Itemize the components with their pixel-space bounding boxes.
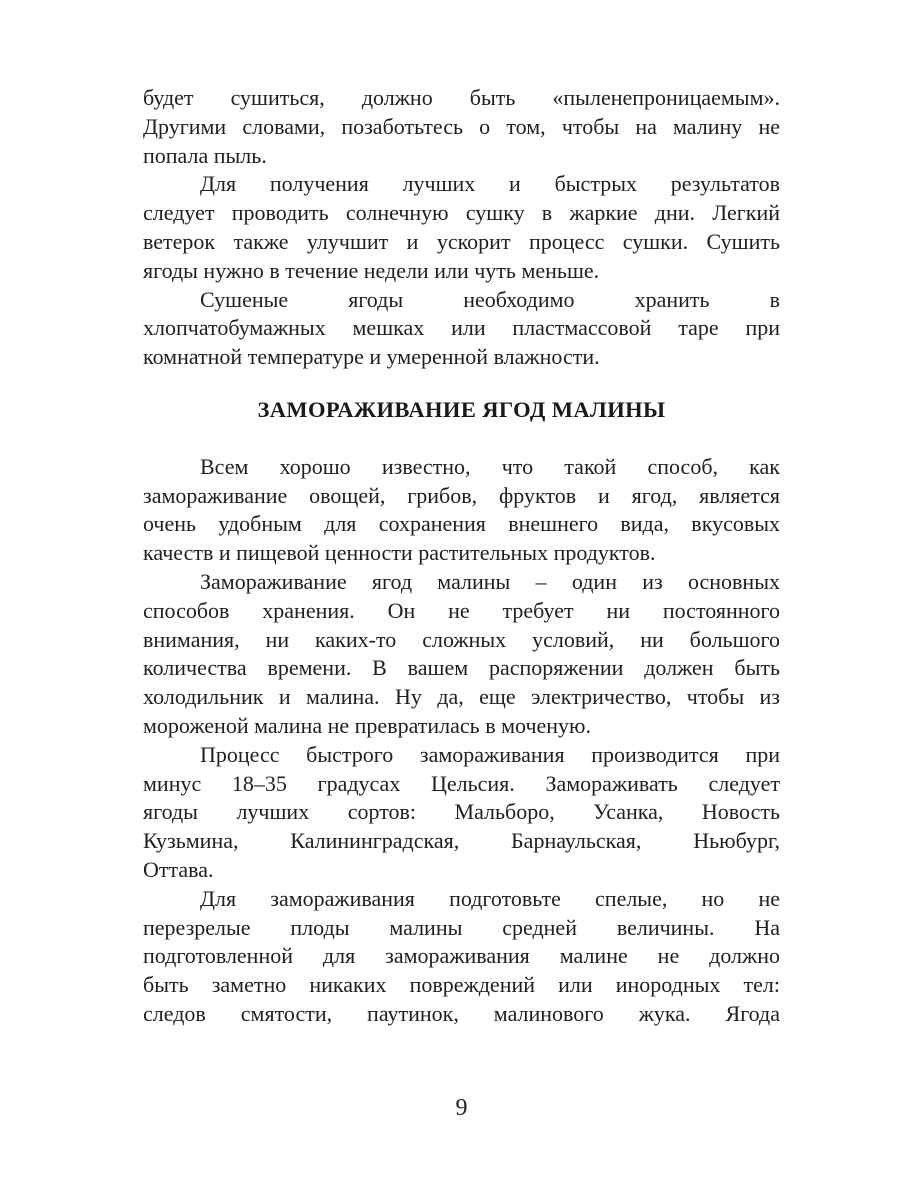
text-line: очень удобным для сохранения внешнего ви… (143, 510, 780, 539)
text-line: перезрелые плоды малины средней величины… (143, 914, 780, 943)
text-line: быть заметно никаких повреждений или ино… (143, 971, 780, 1000)
text-line: минус 18–35 градусах Цельсия. Заморажива… (143, 770, 780, 799)
book-page: будет сушиться, должно быть «пыленепрони… (0, 0, 900, 1200)
text-line: способов хранения. Он не требует ни пост… (143, 597, 780, 626)
text-line: Сушеные ягоды необходимо хранить в (143, 286, 780, 315)
text-line: холодильник и малина. Ну да, еще электри… (143, 683, 780, 712)
text-line: мороженой малина не превратилась в мочен… (143, 712, 780, 741)
paragraph: Для замораживания подготовьте спелые, но… (143, 885, 780, 1029)
text-line: Всем хорошо известно, что такой способ, … (143, 453, 780, 482)
text-line: внимания, ни каких-то сложных условий, н… (143, 626, 780, 655)
paragraph: Сушеные ягоды необходимо хранить вхлопча… (143, 286, 780, 372)
paragraph: Замораживание ягод малины – один из осно… (143, 568, 780, 741)
paragraph: будет сушиться, должно быть «пыленепрони… (143, 84, 780, 170)
text-line: ветерок также улучшит и ускорит процесс … (143, 228, 780, 257)
text-line: Для получения лучших и быстрых результат… (143, 170, 780, 199)
text-line: комнатной температуре и умеренной влажно… (143, 343, 780, 372)
text-line: следов смятости, паутинок, малинового жу… (143, 1000, 780, 1029)
text-line: ягоды лучших сортов: Мальборо, Усанка, Н… (143, 798, 780, 827)
text-line: Процесс быстрого замораживания производи… (143, 741, 780, 770)
text-line: количества времени. В вашем распоряжении… (143, 654, 780, 683)
text-block: будет сушиться, должно быть «пыленепрони… (143, 84, 780, 1029)
text-line: ягоды нужно в течение недели или чуть ме… (143, 257, 780, 286)
paragraph: Процесс быстрого замораживания производи… (143, 741, 780, 885)
section-heading: ЗАМОРАЖИВАНИЕ ЯГОД МАЛИНЫ (143, 396, 780, 425)
text-line: будет сушиться, должно быть «пыленепрони… (143, 84, 780, 113)
paragraph: Всем хорошо известно, что такой способ, … (143, 453, 780, 568)
text-line: замораживание овощей, грибов, фруктов и … (143, 482, 780, 511)
text-line: попала пыль. (143, 142, 780, 171)
page-number: 9 (143, 1093, 780, 1123)
text-line: следует проводить солнечную сушку в жарк… (143, 199, 780, 228)
text-line: Оттава. (143, 856, 780, 885)
text-line: Для замораживания подготовьте спелые, но… (143, 885, 780, 914)
paragraph: Для получения лучших и быстрых результат… (143, 170, 780, 285)
text-line: Другими словами, позаботьтесь о том, что… (143, 113, 780, 142)
text-line: Замораживание ягод малины – один из осно… (143, 568, 780, 597)
text-line: Кузьмина, Калининградская, Барнаульская,… (143, 827, 780, 856)
text-line: подготовленной для замораживания малине … (143, 942, 780, 971)
text-line: хлопчатобумажных мешках или пластмассово… (143, 314, 780, 343)
text-line: качеств и пищевой ценности растительных … (143, 539, 780, 568)
